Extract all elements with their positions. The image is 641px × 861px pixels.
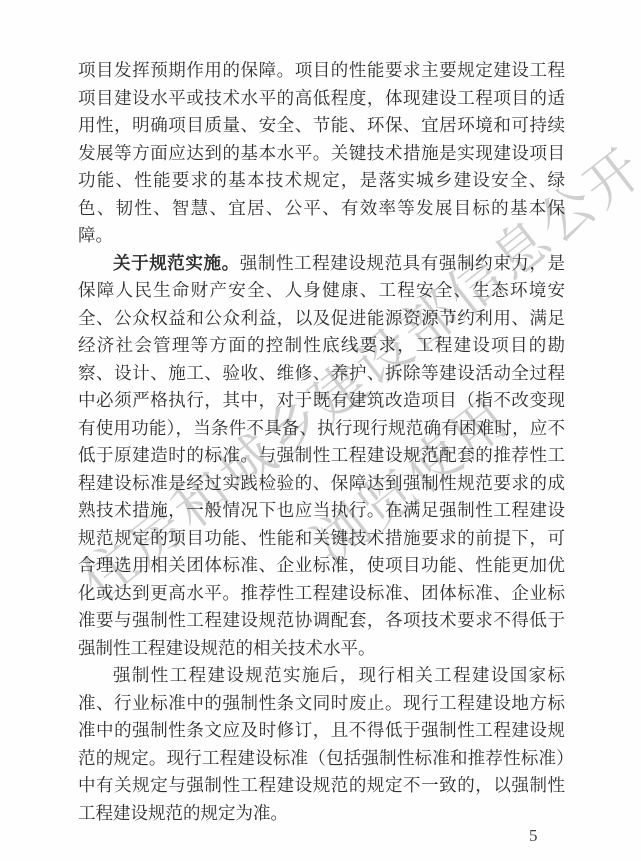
body-text: 项目发挥预期作用的保障。项目的性能要求主要规定建设工程项目建设水平或技术水平的高… bbox=[78, 57, 565, 827]
paragraph-implementation-lead: 关于规范实施。 bbox=[113, 253, 240, 273]
paragraph-implementation: 关于规范实施。强制性工程建设规范具有强制约束力，是保障人民生命财产安全、人身健康… bbox=[78, 250, 565, 663]
paragraph-implementation-body: 强制性工程建设规范具有强制约束力，是保障人民生命财产安全、人身健康、工程安全、生… bbox=[78, 253, 565, 658]
paragraph-performance-requirements: 项目发挥预期作用的保障。项目的性能要求主要规定建设工程项目建设水平或技术水平的高… bbox=[78, 57, 565, 250]
paragraph-supersession: 强制性工程建设规范实施后，现行相关工程建设国家标准、行业标准中的强制性条文同时废… bbox=[78, 662, 565, 827]
document-page: 住房和城乡建设部信息公开 浏览使用 项目发挥预期作用的保障。项目的性能要求主要规… bbox=[0, 0, 641, 861]
page-number: 5 bbox=[529, 826, 538, 846]
